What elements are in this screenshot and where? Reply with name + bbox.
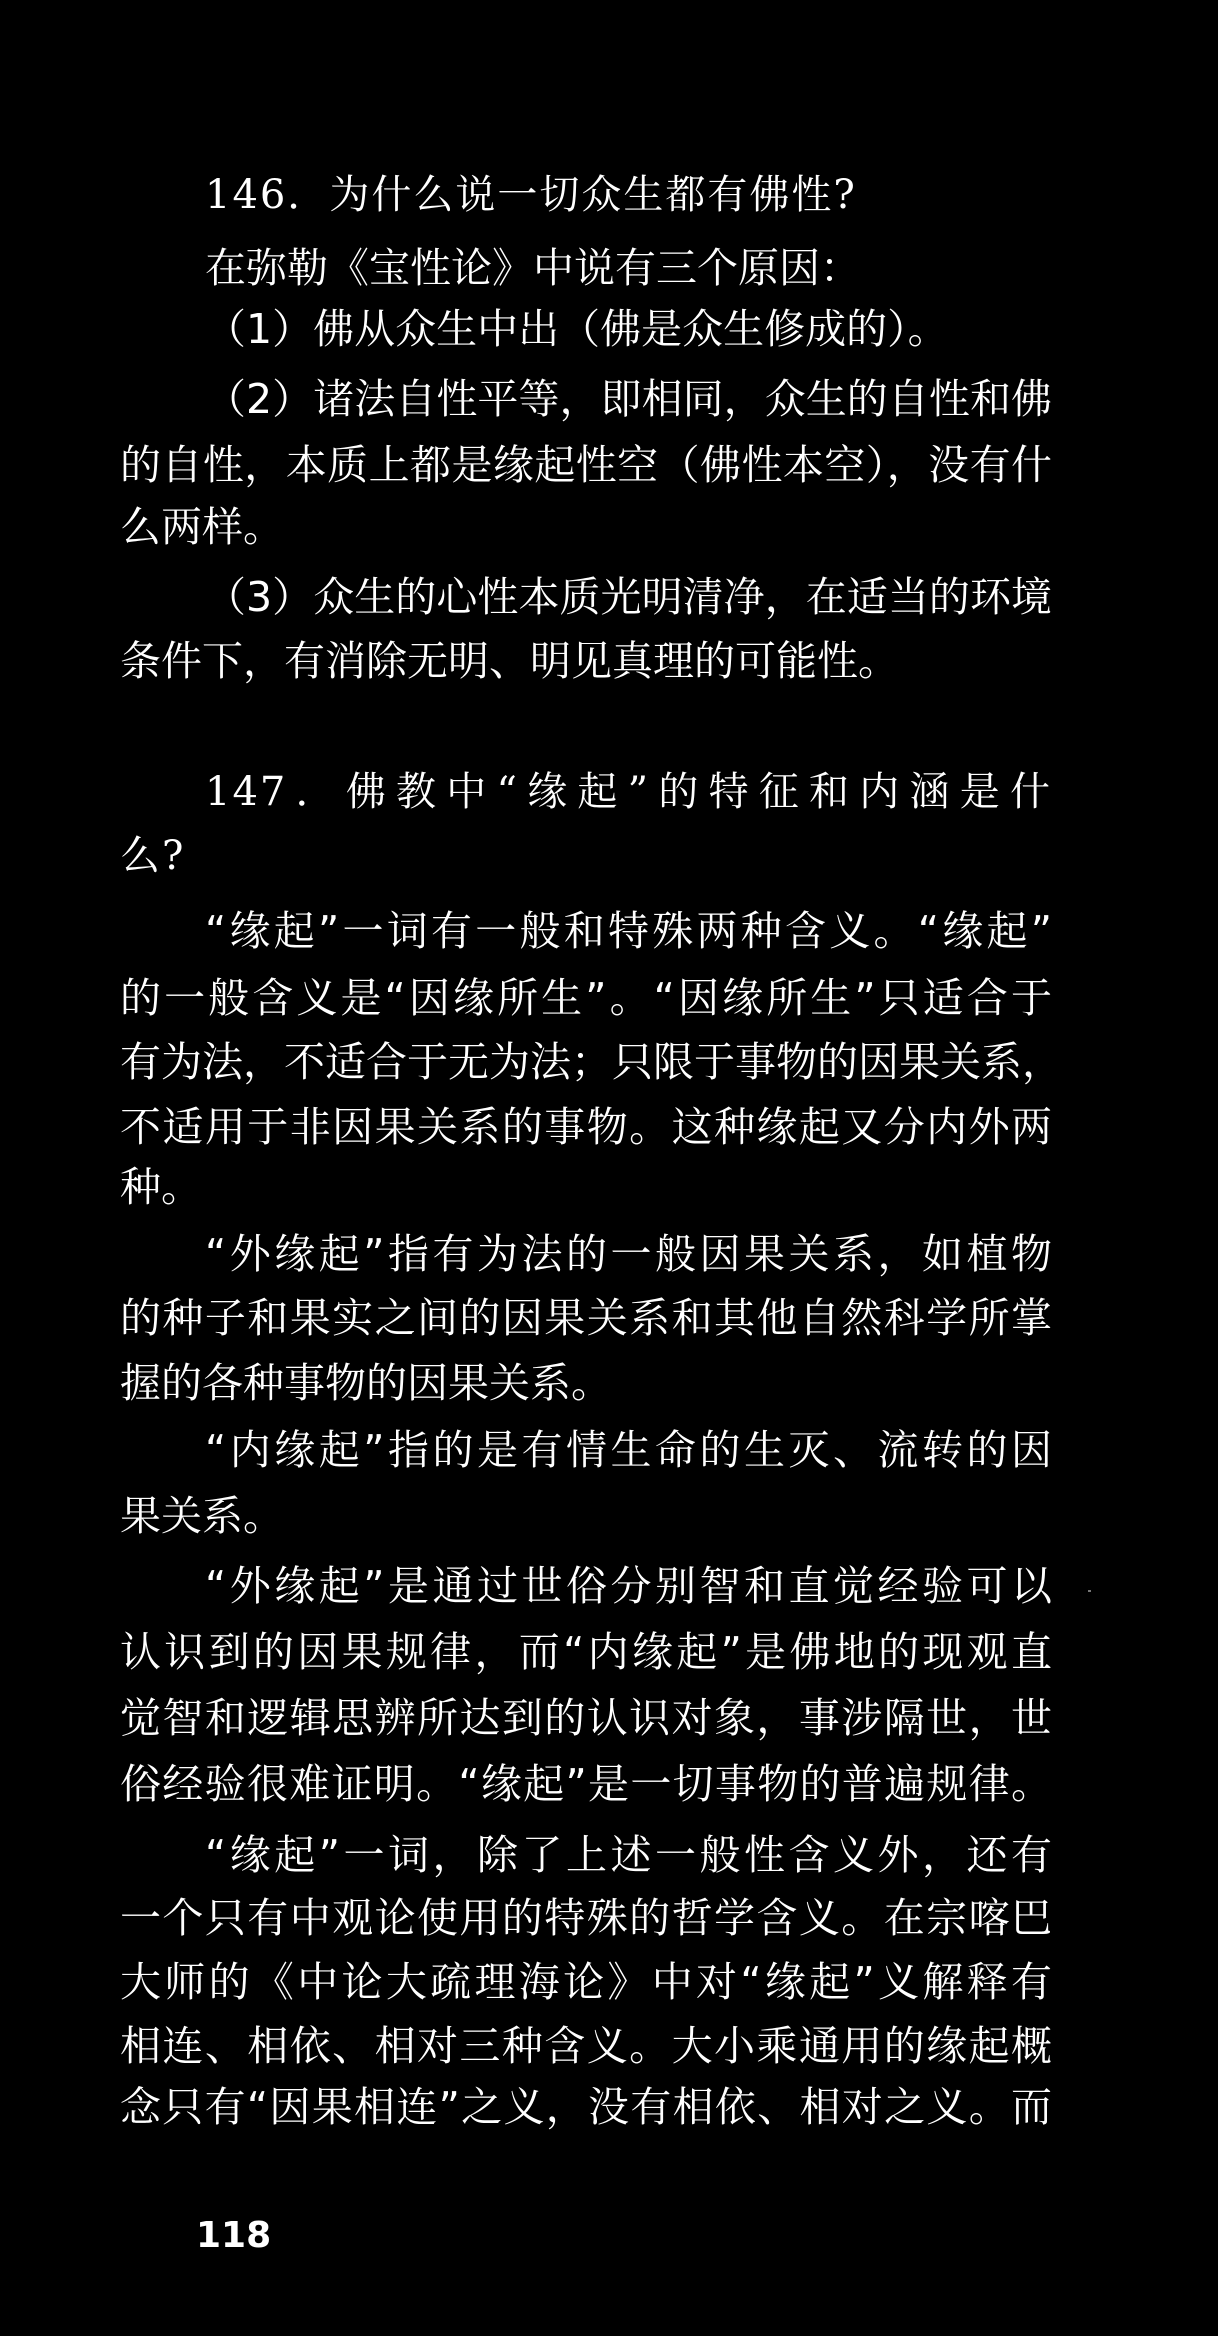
question-heading-147: 147．佛教中“缘起”的特征和内涵是什 <box>205 759 1052 825</box>
paragraph-line: 握的各种事物的因果关系。 <box>120 1350 1052 1416</box>
scan-speck <box>1088 1590 1091 1592</box>
paragraph-line: 不适用于非因果关系的事物。这种缘起又分内外两 <box>120 1094 1052 1160</box>
paragraph-line: “内缘起”指的是有情生命的生灭、流转的因 <box>205 1417 1052 1483</box>
paragraph-line: 的自性，本质上都是缘起性空（佛性本空），没有什 <box>120 432 1052 498</box>
paragraph-line: 念只有“因果相连”之义，没有相依、相对之义。而 <box>120 2074 1052 2140</box>
paragraph-line: “缘起”一词有一般和特殊两种含义。“缘起” <box>205 898 1052 964</box>
paragraph-line: （1）佛从众生中出（佛是众生修成的）。 <box>205 296 1052 362</box>
page-number: 118 <box>196 2212 271 2260</box>
paragraph-line: 觉智和逻辑思辨所达到的认识对象，事涉隔世，世 <box>120 1685 1052 1751</box>
paragraph-line: 么两样。 <box>120 494 1052 560</box>
paragraph-line: 在弥勒《宝性论》中说有三个原因： <box>205 235 1052 301</box>
question-heading-147-cont: 么? <box>120 823 1052 889</box>
paragraph-line: 的一般含义是“因缘所生”。“因缘所生”只适合于 <box>120 965 1052 1031</box>
paragraph-line: 大师的《中论大疏理海论》中对“缘起”义解释有 <box>120 1949 1052 2015</box>
paragraph-line: “外缘起”是通过世俗分别智和直觉经验可以 <box>205 1553 1052 1619</box>
paragraph-line: “缘起”一词，除了上述一般性含义外，还有 <box>205 1822 1052 1888</box>
paragraph-line: 相连、相依、相对三种含义。大小乘通用的缘起概 <box>120 2013 1052 2079</box>
paragraph-line: “外缘起”指有为法的一般因果关系，如植物 <box>205 1221 1052 1287</box>
paragraph-line: （2）诸法自性平等，即相同，众生的自性和佛 <box>205 366 1052 432</box>
question-heading-146: 146．为什么说一切众生都有佛性? <box>205 162 1052 228</box>
paragraph-line: 一个只有中观论使用的特殊的哲学含义。在宗喀巴 <box>120 1885 1052 1951</box>
paragraph-line: 认识到的因果规律，而“内缘起”是佛地的现观直 <box>120 1619 1052 1685</box>
paragraph-line: 俗经验很难证明。“缘起”是一切事物的普遍规律。 <box>120 1751 1052 1817</box>
paragraph-line: 有为法，不适合于无为法；只限于事物的因果关系， <box>120 1029 1052 1095</box>
paragraph-line: 种。 <box>120 1154 1052 1220</box>
paragraph-line: 果关系。 <box>120 1483 1052 1549</box>
book-page: 146．为什么说一切众生都有佛性? 在弥勒《宝性论》中说有三个原因： （1）佛从… <box>0 0 1218 2336</box>
paragraph-line: 的种子和果实之间的因果关系和其他自然科学所掌 <box>120 1285 1052 1351</box>
paragraph-line: 条件下，有消除无明、明见真理的可能性。 <box>120 628 1052 694</box>
paragraph-line: （3）众生的心性本质光明清净，在适当的环境 <box>205 564 1052 630</box>
